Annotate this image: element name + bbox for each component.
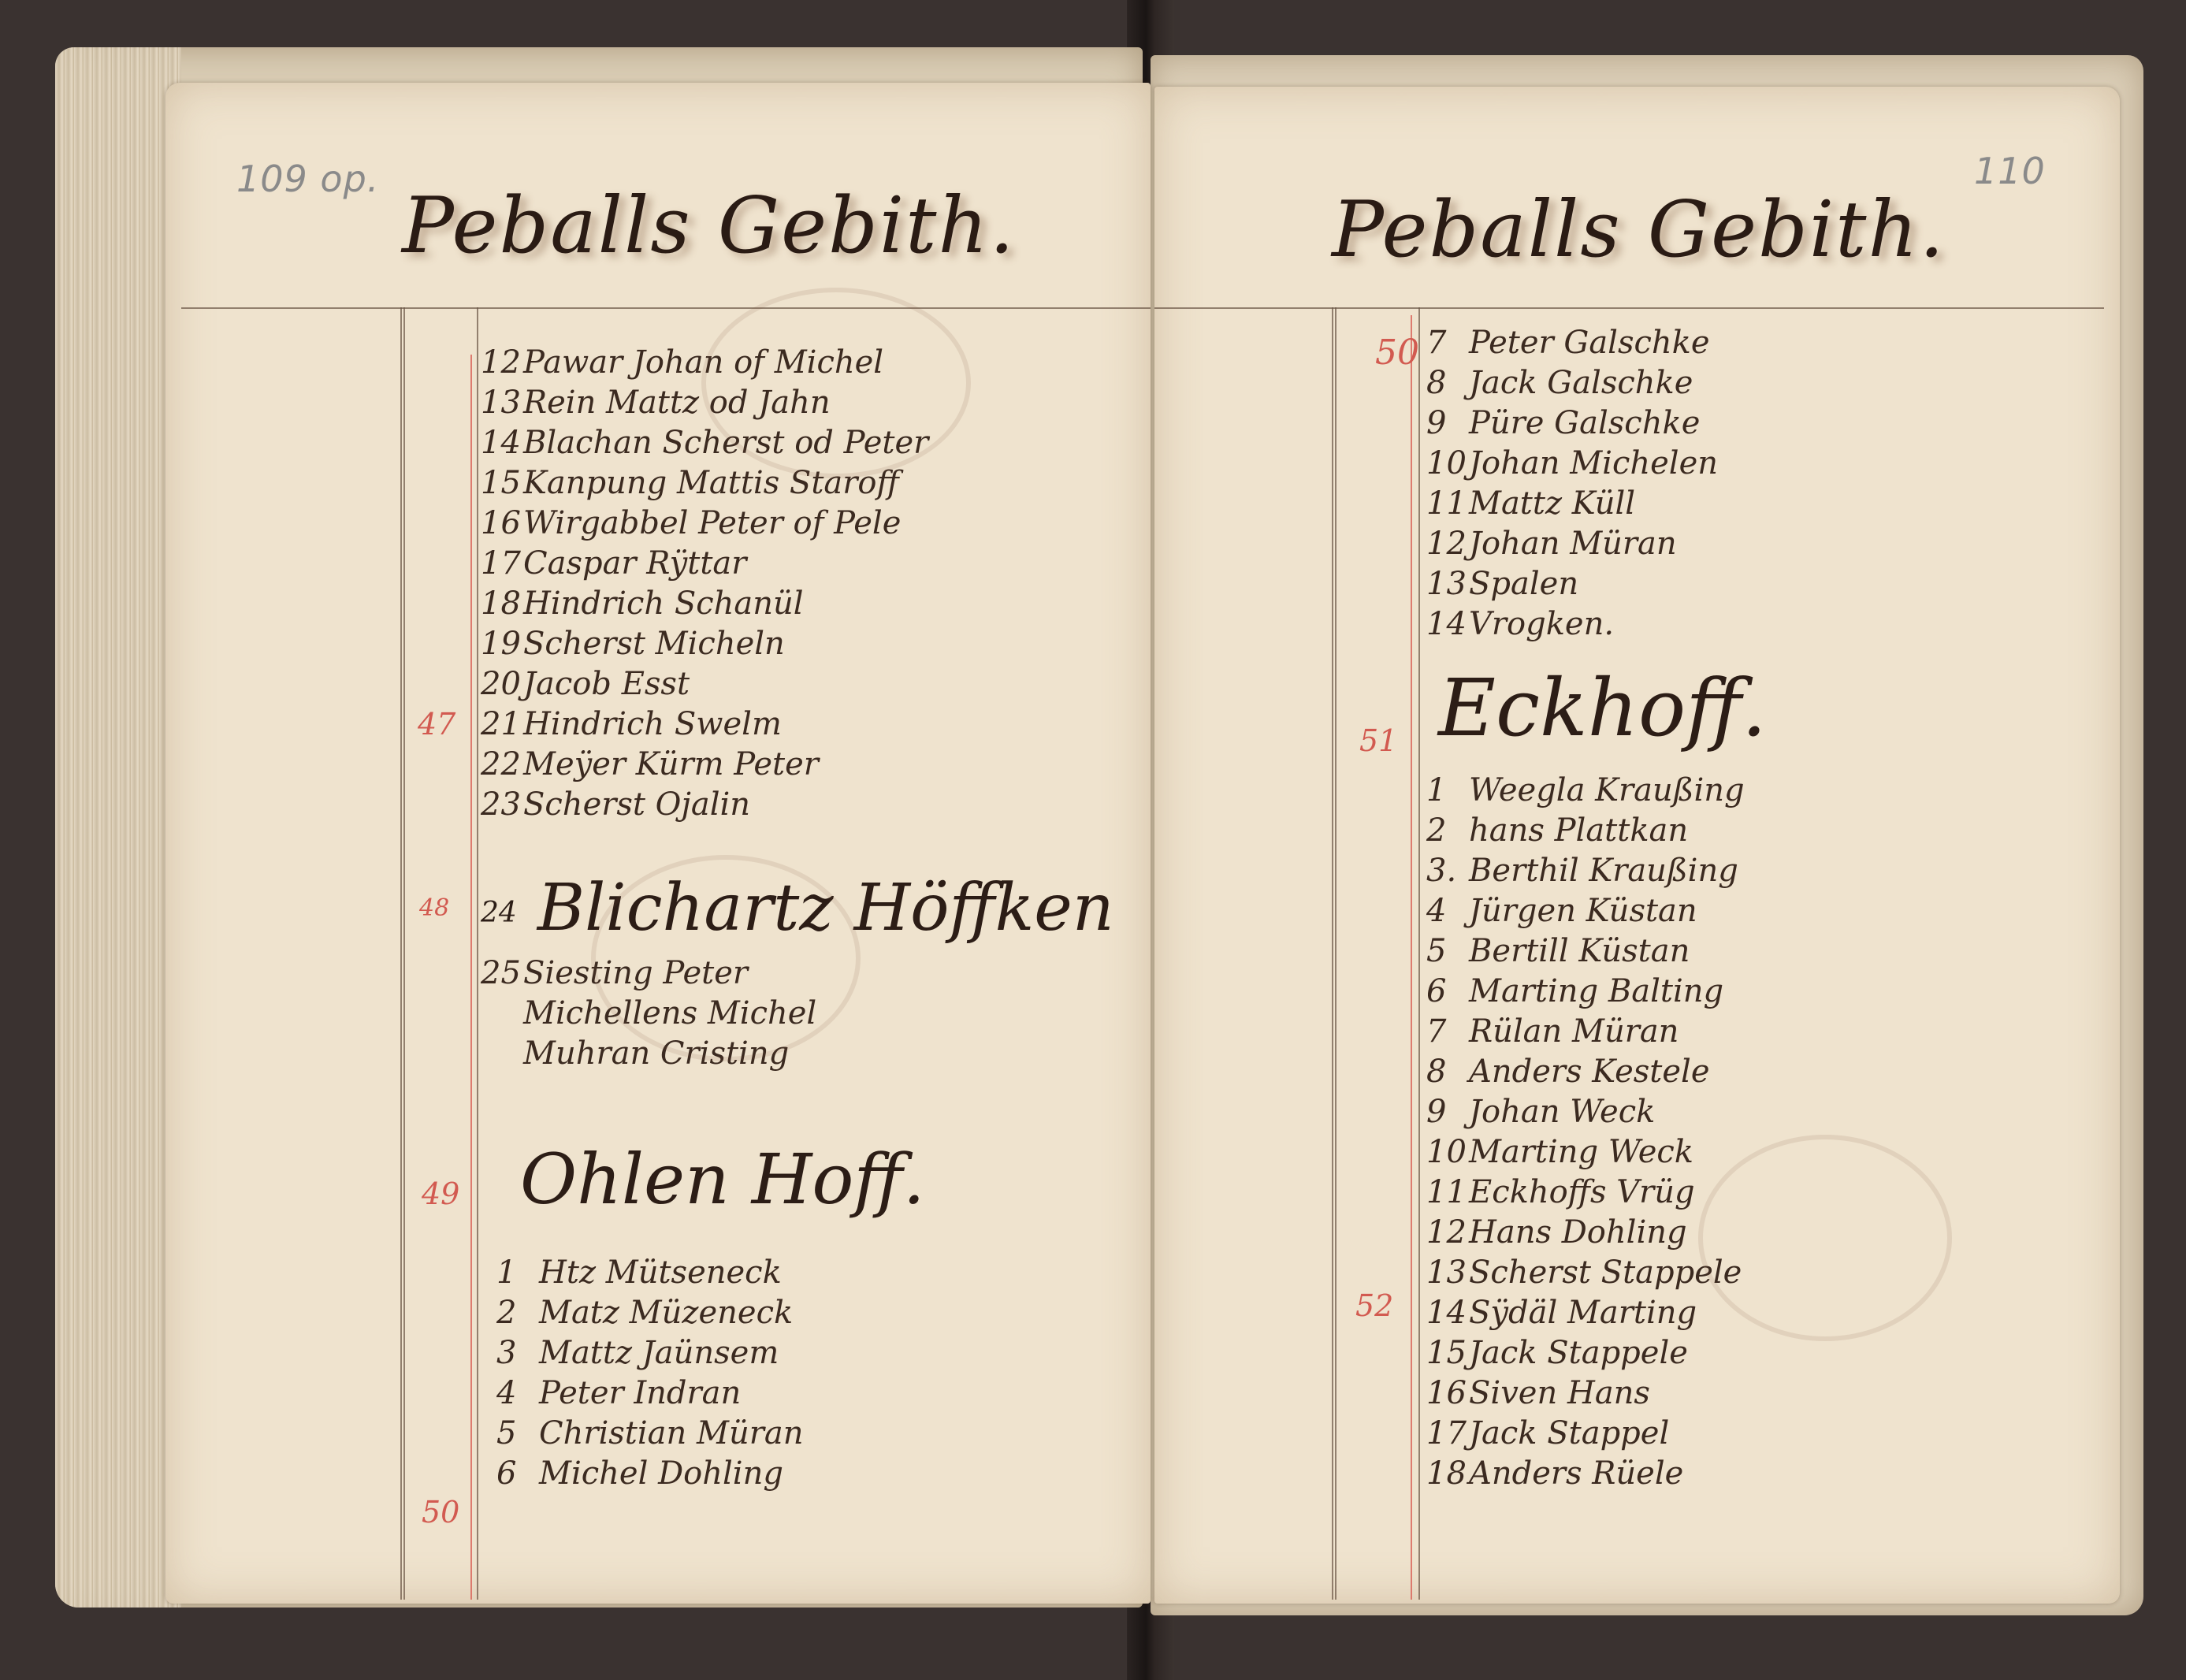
list-item: 14Vrogken. (1426, 604, 1718, 645)
list-item: 1Htz Mütseneck (496, 1253, 803, 1293)
margin-number: 50 (1375, 333, 1419, 373)
list-item: 12Hans Dohling (1426, 1213, 1745, 1253)
margin-rule-red (470, 355, 472, 1600)
margin-rule-outer-2 (1335, 307, 1337, 1600)
margin-rule-outer (400, 307, 402, 1600)
list-item: 1Weegla Kraußing (1426, 771, 1745, 811)
list-item: 20Jacob Esst (481, 664, 928, 704)
entry-list: 1Weegla Kraußing 2hans Plattkan 3.Berthi… (1426, 771, 1745, 1494)
folio-note-right: 110 (1974, 150, 2046, 192)
list-item: 8Jack Galschke (1426, 363, 1718, 403)
list-item: 16Wirgabbel Peter of Pele (481, 504, 928, 544)
list-item: 4Peter Indran (496, 1373, 803, 1414)
left-page: 109 op. Peballs Gebith. 47 48 49 50 12Pa… (165, 83, 1151, 1604)
header-rule (181, 307, 1151, 309)
list-item: 10Marting Weck (1426, 1132, 1745, 1173)
list-item: 19Scherst Micheln (481, 624, 928, 664)
list-item: 12Johan Müran (1426, 524, 1718, 564)
list-item: 3.Berthil Kraußing (1426, 851, 1745, 891)
header-rule (1154, 307, 2104, 309)
list-item: 2Matz Müzeneck (496, 1293, 803, 1333)
bleed-through-stamp (591, 855, 861, 1061)
list-item: 13Scherst Stappele (1426, 1253, 1745, 1293)
list-item: 10Johan Michelen (1426, 444, 1718, 484)
list-item: 14Sÿdäl Marting (1426, 1293, 1745, 1333)
margin-number: 48 (419, 894, 449, 922)
section-title: Ohlen Hoff. (520, 1139, 925, 1220)
list-item: 13Spalen (1426, 564, 1718, 604)
list-item: 8Anders Kestele (1426, 1052, 1745, 1092)
list-item: 16Siven Hans (1426, 1373, 1745, 1414)
margin-number: 47 (418, 707, 455, 742)
list-item: 4Jürgen Küstan (1426, 891, 1745, 931)
entry-list: 1Htz Mütseneck 2Matz Müzeneck 3Mattz Jaü… (496, 1253, 803, 1494)
margin-number: 49 (422, 1176, 459, 1211)
list-item: 15Jack Stappele (1426, 1333, 1745, 1373)
margin-number: 52 (1355, 1288, 1393, 1323)
list-item: 2hans Plattkan (1426, 811, 1745, 851)
margin-rule-red (1411, 315, 1412, 1600)
list-item: 11Mattz Küll (1426, 484, 1718, 524)
list-item: 9Püre Galschke (1426, 403, 1718, 444)
margin-rule-inner (477, 307, 478, 1600)
entry-list: 7Peter Galschke 8Jack Galschke 9Püre Gal… (1426, 323, 1718, 645)
margin-number: 50 (422, 1495, 459, 1529)
list-item: 23Scherst Ojalin (481, 785, 928, 825)
list-item: 9Johan Weck (1426, 1092, 1745, 1132)
folio-note-left: 109 op. (236, 158, 379, 200)
margin-number: 51 (1359, 723, 1397, 758)
page-header-right: Peballs Gebith. (1332, 185, 1946, 275)
list-item: 17Jack Stappel (1426, 1414, 1745, 1454)
list-item: 5Christian Müran (496, 1414, 803, 1454)
right-page: 110 Peballs Gebith. 50 51 52 7Peter Gals… (1154, 87, 2120, 1604)
section-title: Eckhoff. (1438, 662, 1767, 754)
list-item: 7Peter Galschke (1426, 323, 1718, 363)
list-item: 6Marting Balting (1426, 972, 1745, 1012)
list-item: 7Rülan Müran (1426, 1012, 1745, 1052)
margin-rule-outer (1332, 307, 1333, 1600)
list-item: 18Hindrich Schanül (481, 584, 928, 624)
list-item: 3Mattz Jaünsem (496, 1333, 803, 1373)
list-item: 11Eckhoffs Vrüg (1426, 1173, 1745, 1213)
page-header-left: Peballs Gebith. (402, 181, 1016, 271)
list-item: 21Hindrich Swelm (481, 704, 928, 745)
list-item: 22Meÿer Kürm Peter (481, 745, 928, 785)
bleed-through-stamp (701, 288, 971, 478)
bleed-through-stamp (1698, 1135, 1952, 1341)
list-item: 18Anders Rüele (1426, 1454, 1745, 1494)
list-item: 17Caspar Rÿttar (481, 544, 928, 584)
list-item: 5Bertill Küstan (1426, 931, 1745, 972)
list-item: 6Michel Dohling (496, 1454, 803, 1494)
margin-rule-outer-2 (403, 307, 405, 1600)
margin-rule-inner (1418, 307, 1420, 1600)
